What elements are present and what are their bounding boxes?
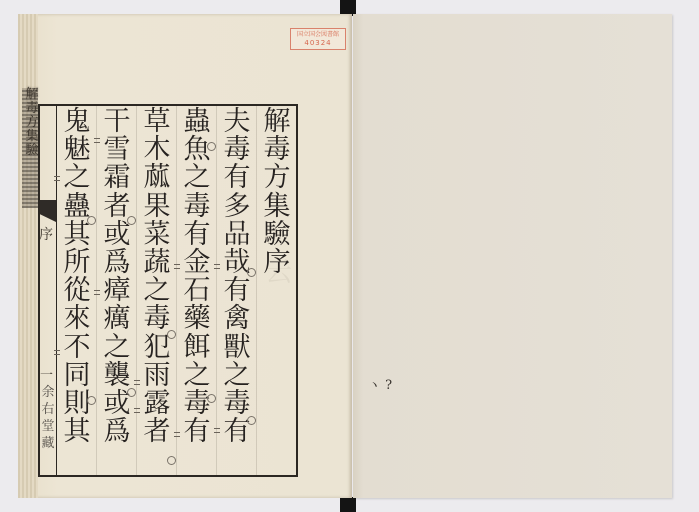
stamp-label: 国立国会図書館 <box>297 31 339 39</box>
margin-pencil-mark: ヽ ? <box>368 374 392 393</box>
char: 驗 <box>264 221 291 249</box>
text-column-2: 夫 毒 有 多 品 哉 有 禽 獸 之 毒 有 <box>217 108 257 446</box>
char: 石 <box>184 277 211 305</box>
punctuation-circle-icon <box>247 416 256 425</box>
char: 方 <box>264 164 291 192</box>
char: 犯 <box>144 334 171 362</box>
char: 木 <box>144 136 171 164</box>
char: 者 <box>144 418 171 446</box>
fore-edge-char: 驗 <box>25 144 38 158</box>
char: 蔬 <box>144 249 171 277</box>
kaeriten-mark-icon <box>174 432 180 437</box>
char: 毒 <box>184 193 211 221</box>
punctuation-circle-icon <box>127 216 136 225</box>
char: 蟲 <box>184 108 211 136</box>
punctuation-circle-icon <box>207 142 216 151</box>
char: 蠱 <box>64 193 91 221</box>
char: 魚 <box>184 136 211 164</box>
text-column-4: 草 木 蓏 果 菜 蔬 之 毒 犯 雨 露 者 <box>137 108 177 446</box>
kaeriten-mark-icon <box>214 264 220 269</box>
kaeriten-mark-icon <box>54 350 60 355</box>
kaeriten-mark-icon <box>134 380 140 385</box>
punctuation-circle-icon <box>167 456 176 465</box>
binding-strip-bottom <box>340 497 356 512</box>
char: 之 <box>184 362 211 390</box>
char: 之 <box>224 362 251 390</box>
char: 其 <box>64 221 91 249</box>
fore-edge-char: 解 <box>25 88 38 102</box>
right-page <box>353 14 672 498</box>
char: 餌 <box>184 334 211 362</box>
kaeriten-mark-icon <box>134 408 140 413</box>
punctuation-circle-icon <box>87 216 96 225</box>
fore-edge-char: 集 <box>25 130 38 144</box>
kaeriten-mark-icon <box>174 264 180 269</box>
char: 其 <box>64 418 91 446</box>
char: 解 <box>264 108 291 136</box>
char: 之 <box>184 164 211 192</box>
fore-edge-char: 方 <box>25 116 38 130</box>
char: 瘴 <box>104 277 131 305</box>
show-through-text: 云 <box>265 250 292 289</box>
char: 有 <box>184 221 211 249</box>
char: 多 <box>224 193 251 221</box>
punctuation-circle-icon <box>167 330 176 339</box>
char: 集 <box>264 193 291 221</box>
char: 之 <box>64 164 91 192</box>
char: 毒 <box>224 390 251 418</box>
char: 有 <box>224 164 251 192</box>
char: 有 <box>224 418 251 446</box>
char: 同 <box>64 362 91 390</box>
char: 雪 <box>104 136 131 164</box>
char: 雨 <box>144 362 171 390</box>
char: 襲 <box>104 362 131 390</box>
fore-edge-char: 毒 <box>25 102 38 116</box>
char: 毒 <box>184 390 211 418</box>
char: 毒 <box>144 305 171 333</box>
punctuation-circle-icon <box>247 268 256 277</box>
kaeriten-mark-icon <box>214 428 220 433</box>
char: 則 <box>64 390 91 418</box>
char: 來 <box>64 305 91 333</box>
char: 獸 <box>224 334 251 362</box>
char: 癘 <box>104 305 131 333</box>
char: 之 <box>144 277 171 305</box>
char: 從 <box>64 277 91 305</box>
char: 夫 <box>224 108 251 136</box>
punctuation-circle-icon <box>207 394 216 403</box>
char: 有 <box>224 277 251 305</box>
punctuation-circle-icon <box>127 388 136 397</box>
char: 所 <box>64 249 91 277</box>
punctuation-circle-icon <box>87 396 96 405</box>
char: 金 <box>184 249 211 277</box>
char: 草 <box>144 108 171 136</box>
char: 魅 <box>64 136 91 164</box>
char: 爲 <box>104 249 131 277</box>
library-stamp: 国立国会図書館 40324 <box>290 28 346 50</box>
kaeriten-mark-icon <box>54 176 60 181</box>
char: 露 <box>144 390 171 418</box>
char: 之 <box>104 334 131 362</box>
char: 霜 <box>104 164 131 192</box>
char: 品 <box>224 221 251 249</box>
char: 者 <box>104 193 131 221</box>
char: 鬼 <box>64 108 91 136</box>
char: 果 <box>144 193 171 221</box>
char: 不 <box>64 334 91 362</box>
char: 或 <box>104 221 131 249</box>
char: 有 <box>184 418 211 446</box>
kaeriten-mark-icon <box>94 290 100 295</box>
char: 禽 <box>224 305 251 333</box>
char: 蓏 <box>144 164 171 192</box>
char: 爲 <box>104 418 131 446</box>
kaeriten-mark-icon <box>94 138 100 143</box>
char: 干 <box>104 108 131 136</box>
char: 菜 <box>144 221 171 249</box>
stamp-number: 40324 <box>304 39 331 47</box>
char: 藥 <box>184 305 211 333</box>
char: 毒 <box>224 136 251 164</box>
char: 毒 <box>264 136 291 164</box>
